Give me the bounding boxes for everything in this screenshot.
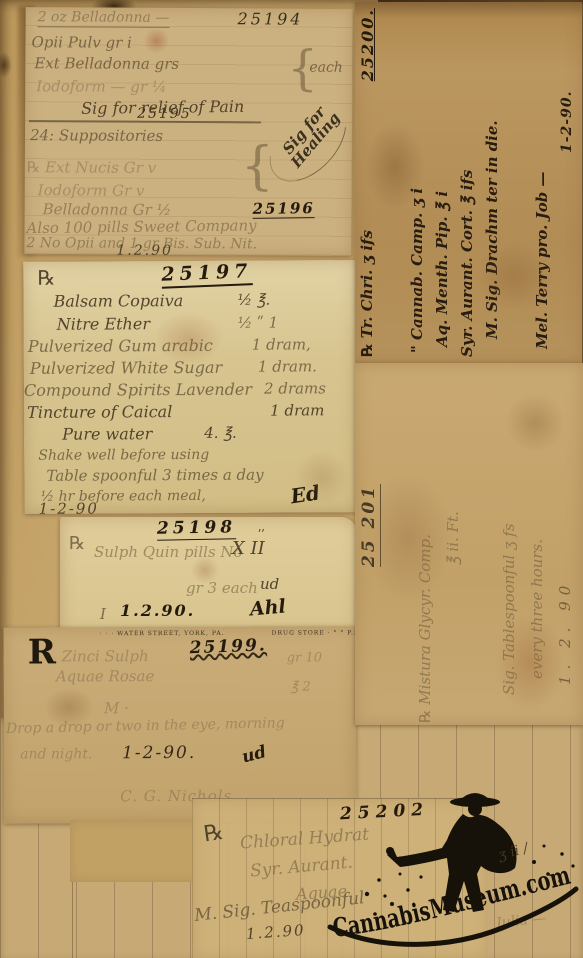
rx-line: Sulph Quin pills No <box>94 545 243 560</box>
card-header-line: 2 oz Belladonna — <box>38 10 170 28</box>
date-rotated: 1-2-90. <box>555 2 580 363</box>
brace-glyph: { <box>241 140 274 192</box>
signature: Ahl <box>249 597 286 619</box>
sig-line: Table spoonful 3 times a day <box>46 468 263 484</box>
left-edge-spot <box>0 52 12 78</box>
small-paper-tab <box>70 820 212 882</box>
rx-line-rotated: M. Sig. Drachm ter in die. <box>480 2 505 363</box>
rotated-text-block-25200: ℞ Tr. Chri. ʒ ifs 25200. " Cannab. Camp.… <box>355 2 582 363</box>
rx-symbol: ℞ <box>69 535 85 553</box>
mix-mark: M · <box>104 701 129 716</box>
date: 1.2.90 <box>116 244 173 258</box>
date-rotated: 1. 2. 90 <box>551 363 579 725</box>
ingredient-qty: 1 dram, <box>252 337 311 352</box>
rx-line: Also 100 pills Sweet Company <box>26 218 256 236</box>
rx-line-text: ℞ Tr. Chri. ʒ ifs <box>355 230 380 363</box>
scrapbook-page: 2 oz Belladonna — 25194 Opii Pulv gr i E… <box>0 0 583 958</box>
rx-symbol: ℞ <box>37 268 55 288</box>
sig-line: Shake well before using <box>38 448 209 463</box>
rx-line: 24: Suppositories <box>30 128 163 144</box>
date: 1-2-90. <box>122 745 196 762</box>
rx-line-rotated <box>383 363 411 725</box>
ingredient-qty: 1 dram. <box>258 359 317 374</box>
rx-line: Ext Belladonna grs <box>34 56 179 72</box>
prescription-card-25199: · · · WATER STREET, YORK, PA. DRUG STORE… <box>4 626 357 823</box>
rx-line-rotated <box>467 363 495 725</box>
ingredient-qty: 4. ℥. <box>204 426 237 441</box>
initials: Ed <box>289 482 321 506</box>
sideways-sheet-25201: 25 201 ℞ Mistura Glycyr. Comp. ℥ ii. Ft.… <box>355 363 583 725</box>
rx-line: Opii Pulv gr i <box>31 35 131 51</box>
diagonal-note: Sig for Healing <box>277 101 343 171</box>
ud-mark: ud <box>240 744 268 766</box>
rx-line-rotated: every three hours. <box>523 363 551 725</box>
sideways-sheet-25200: ℞ Tr. Chri. ʒ ifs 25200. " Cannab. Camp.… <box>355 2 582 363</box>
rx-line: Iodoform Gr v <box>38 183 145 199</box>
rx-line-rotated: ℞ Tr. Chri. ʒ ifs 25200. <box>355 2 380 363</box>
dose-roman: X II <box>232 540 265 558</box>
rx-line: Aquae Rosae <box>56 669 155 684</box>
rx-line: gr 3 each <box>186 581 258 596</box>
sig-line: and night. <box>20 747 92 761</box>
ingredient-name: Balsam Copaiva <box>54 293 184 310</box>
ingredient-qty: gr 10 <box>287 652 322 665</box>
rx-number-25201: 25 201 <box>355 363 383 725</box>
card-stain <box>143 28 169 54</box>
rx-line-rotated: Syr. Aurant. Cort. ℥ ifs <box>455 2 480 363</box>
rx-number-25195: 25195 <box>137 107 192 121</box>
rx-number-25194: 25194 <box>238 11 304 27</box>
rx-number-25197: 25197 <box>161 262 253 289</box>
rx-line-rotated: ℥ ii. Ft. <box>439 363 467 725</box>
watermark-logo: CannabisMuseum.com <box>322 786 583 958</box>
ud-mark: ud <box>260 577 279 592</box>
ingredient-name: Compound Spirits Lavender <box>24 382 252 399</box>
rx-number-25199: 25199. <box>189 637 267 657</box>
rotated-text-block-25201: 25 201 ℞ Mistura Glycyr. Comp. ℥ ii. Ft.… <box>355 363 583 725</box>
ingredient-qty: ½ ʺ 1 <box>238 316 279 331</box>
ingredient-qty: ½ ℥. <box>238 293 271 308</box>
rx-line-rotated <box>505 2 530 363</box>
ingredient-qty: 2 drams <box>264 381 326 396</box>
rx-line: ℞ Ext Nucis Gr v <box>27 160 156 176</box>
rx-line: each <box>309 61 343 75</box>
rx-line-rotated: " Cannab. Camp. ʒ i <box>405 2 430 363</box>
rx-number-25196: 25196 <box>252 201 314 219</box>
rx-line: Iodoform — gr ¼ <box>36 79 166 95</box>
rx-line-rotated: Mel. Terry pro. Job — <box>530 2 555 363</box>
dose-ticks: ʹʹ <box>258 529 265 541</box>
rx-line-rotated: ℞ Mistura Glycyr. Comp. <box>411 363 439 725</box>
rx-number-25200: 25200. <box>355 2 380 81</box>
rx-symbol: ℞ <box>203 822 226 847</box>
ingredient-qty: 1 dram <box>270 403 324 418</box>
prescription-card-25198: 25198 ℞ Sulph Quin pills No X II ʹʹ gr 3… <box>60 517 357 635</box>
date: 1-2-90 <box>39 501 99 516</box>
rx-line: Belladonna Gr ½ <box>43 202 172 218</box>
ingredient-name: Pulverized White Sugar <box>30 360 222 377</box>
prescription-card-25194-96: 2 oz Belladonna — 25194 Opii Pulv gr i E… <box>24 7 352 256</box>
date: 1.2.90 <box>246 923 307 942</box>
printed-rx-mark: R <box>28 635 56 669</box>
rx-number-text: 25 201 <box>359 484 381 567</box>
rx-line: Zinci Sulph <box>62 649 149 664</box>
letterhead-print-right: DRUG STORE · ° ° P.M. <box>272 630 364 636</box>
roman-one: I <box>100 607 106 622</box>
ingredient-name: Pulverized Gum arabic <box>28 338 213 355</box>
ingredient-name: Nitre Ether <box>57 316 150 332</box>
ingredient-qty: ℥ 2 <box>291 681 311 694</box>
date: 1.2.90. <box>120 603 195 619</box>
rx-line-rotated: Aq. Menth. Pip. ℥ i <box>430 2 455 363</box>
sig-line: Drop a drop or two in the eye, morning <box>6 716 285 736</box>
rx-line-rotated: Sig. Tablespoonful ʒ fs <box>495 363 523 725</box>
ingredient-name: Pure water <box>62 426 152 442</box>
rx-line-rotated <box>380 2 405 363</box>
rx-number-25198: 25198 <box>157 519 236 540</box>
letterhead-print-left: · · · WATER STREET, YORK, PA. <box>100 631 225 637</box>
ingredient-name: Tincture of Caical <box>27 404 172 421</box>
prescription-card-25197: ℞ 25197 Balsam Copaiva ½ ℥. Nitre Ether … <box>23 260 356 514</box>
